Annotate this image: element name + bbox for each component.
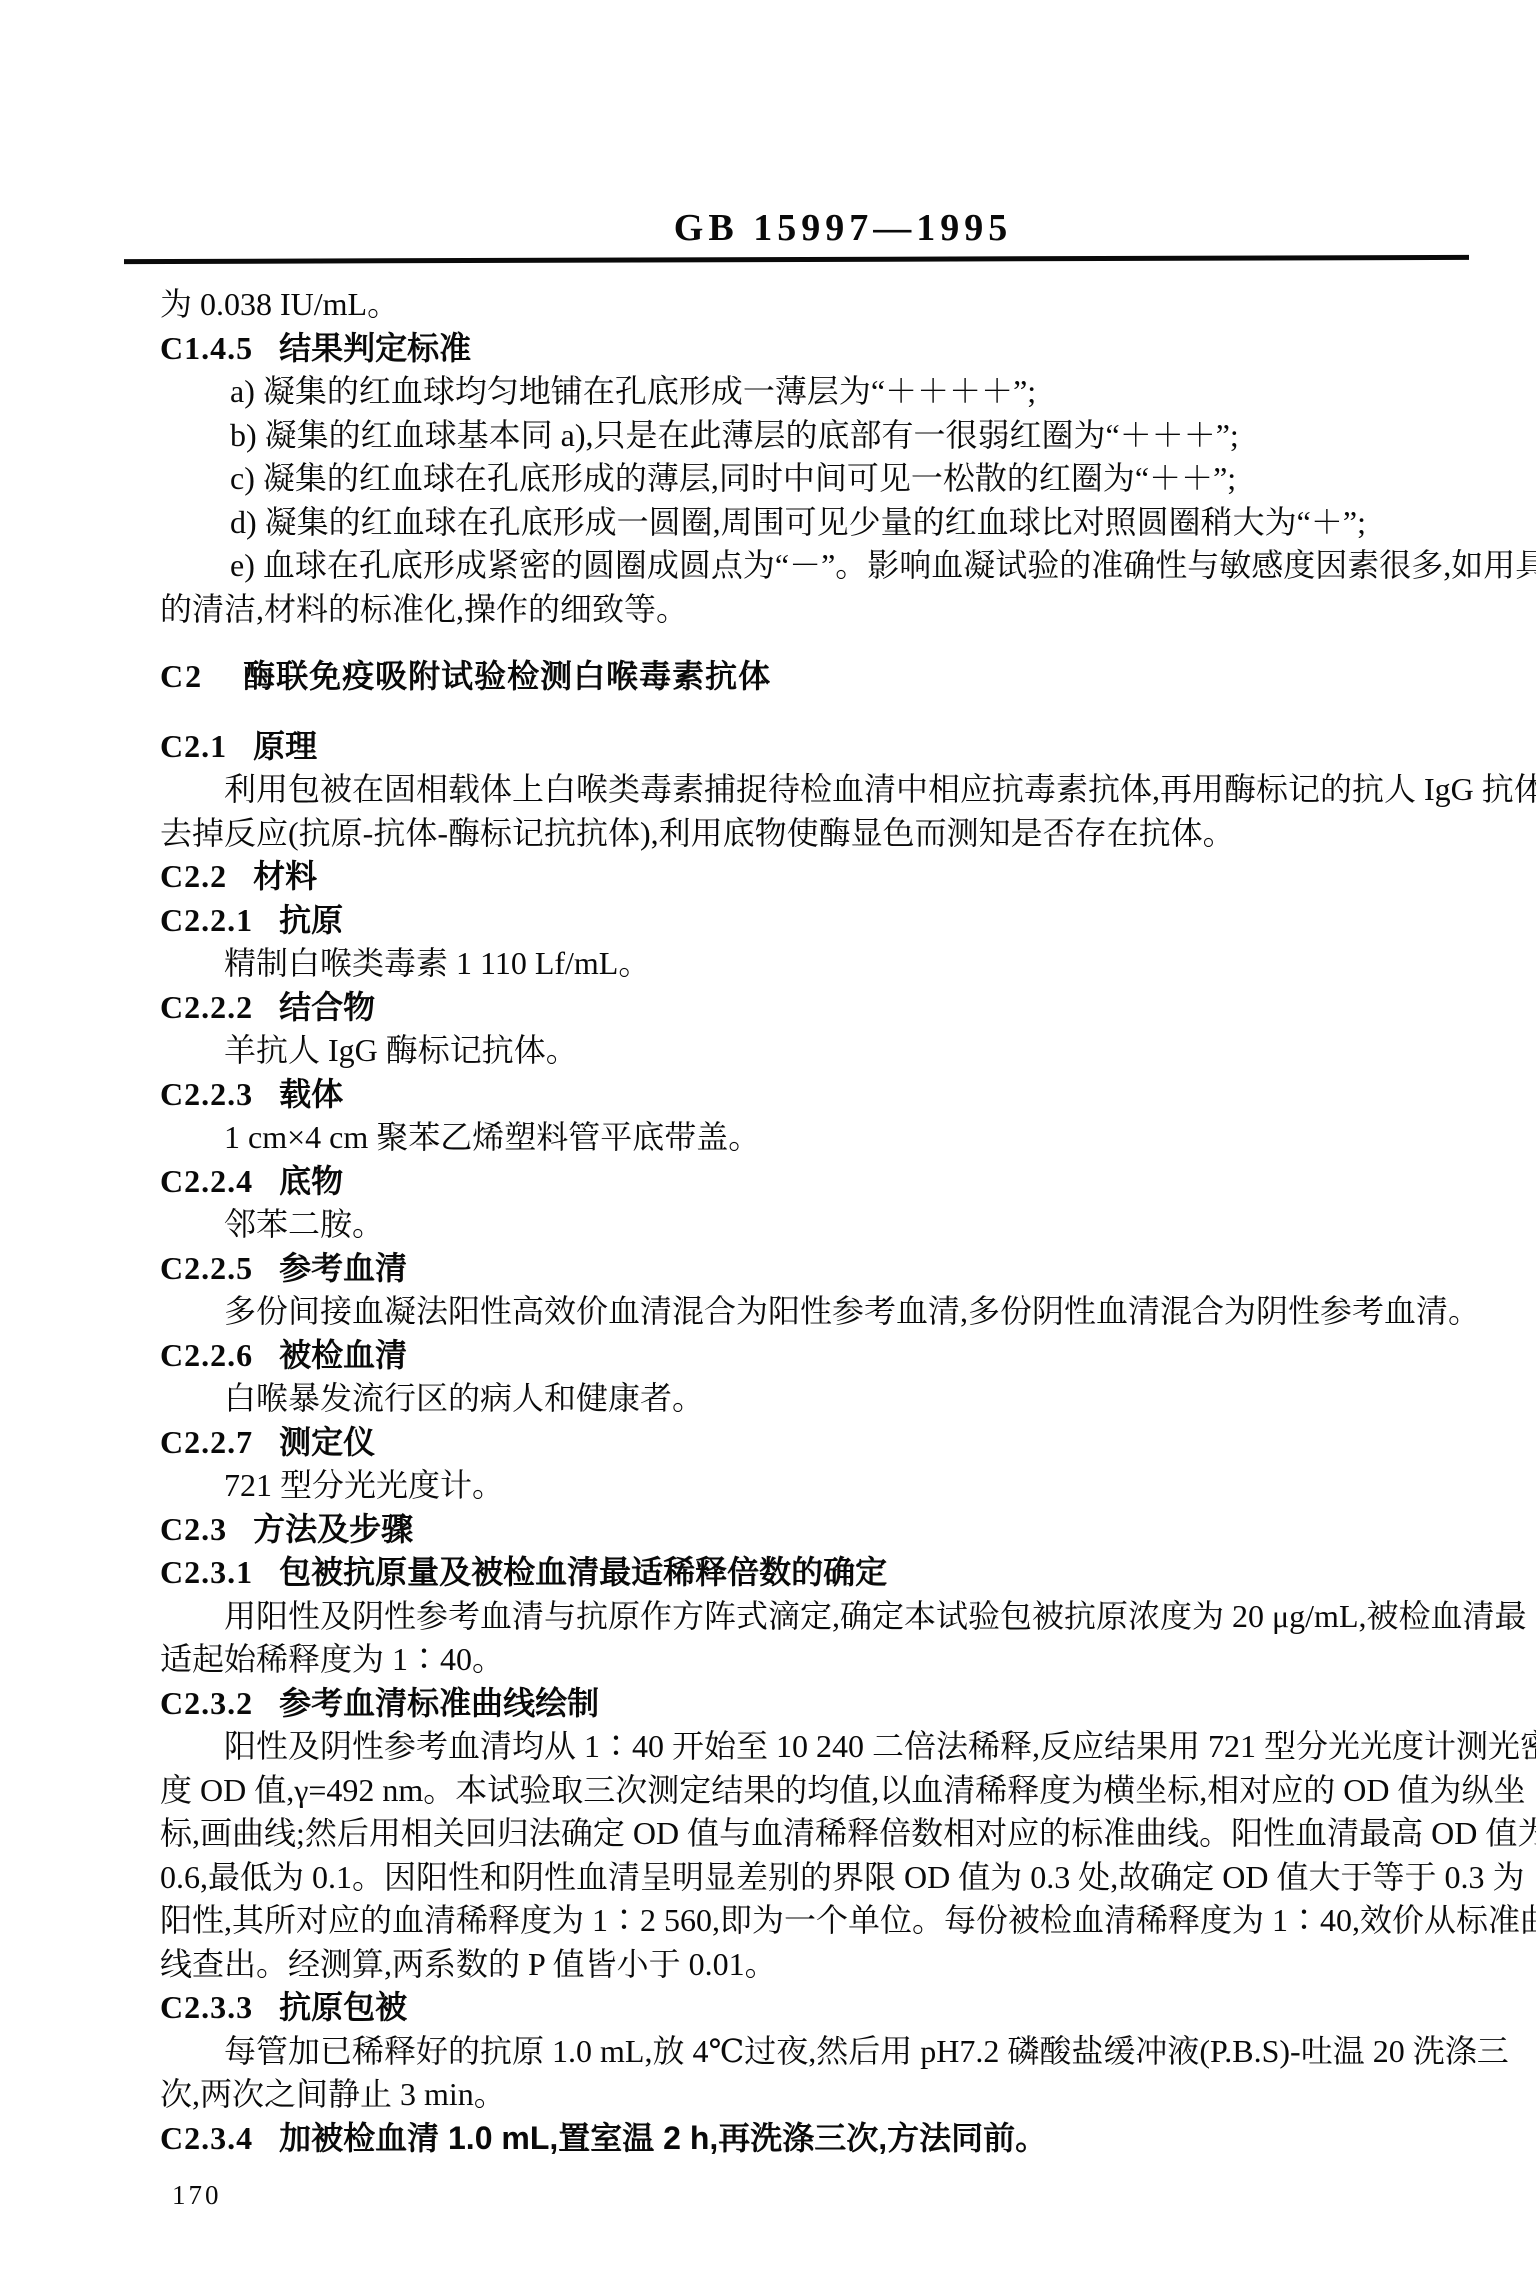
clause-heading: C2.2.3载体 <box>160 1073 1460 1117</box>
clause-number: C2.2.4 <box>160 1163 253 1199</box>
text-line: 阳性及阴性参考血清均从 1∶40 开始至 10 240 二倍法稀释,反应结果用 … <box>160 1725 1460 1769</box>
clause-title: 材料 <box>227 858 317 894</box>
clause-number: C2.3.2 <box>160 1685 253 1721</box>
page-number: 170 <box>172 2180 222 2211</box>
clause-title: 被检血清 <box>253 1337 407 1373</box>
text-line: 1 cm×4 cm 聚苯乙烯塑料管平底带盖。 <box>160 1116 1460 1160</box>
document-body: 为 0.038 IU/mL。C1.4.5结果判定标准a) 凝集的红血球均匀地铺在… <box>160 283 1460 2160</box>
text-line: d) 凝集的红血球在孔底形成一圆圈,周围可见少量的红血球比对照圆圈稍大为“＋”; <box>160 501 1460 545</box>
text-line: 每管加已稀释好的抗原 1.0 mL,放 4℃过夜,然后用 pH7.2 磷酸盐缓冲… <box>160 2030 1460 2074</box>
clause-title: 参考血清标准曲线绘制 <box>253 1685 599 1721</box>
clause-heading: C2.2材料 <box>160 855 1460 899</box>
clause-number: C2.2.7 <box>160 1424 253 1460</box>
clause-title: 参考血清 <box>253 1250 407 1286</box>
clause-heading: C2.2.6被检血清 <box>160 1334 1460 1378</box>
clause-number: C2.2.1 <box>160 902 253 938</box>
clause-heading: C2.3.3抗原包被 <box>160 1986 1460 2030</box>
clause-heading: C2.2.1抗原 <box>160 899 1460 943</box>
text-line: 羊抗人 IgG 酶标记抗体。 <box>160 1029 1460 1073</box>
text-line: a) 凝集的红血球均匀地铺在孔底形成一薄层为“＋＋＋＋”; <box>160 370 1460 414</box>
clause-heading: C2.3.2参考血清标准曲线绘制 <box>160 1682 1460 1726</box>
text-line: b) 凝集的红血球基本同 a),只是在此薄层的底部有一很弱红圈为“＋＋＋”; <box>160 414 1460 458</box>
text-line: 用阳性及阴性参考血清与抗原作方阵式滴定,确定本试验包被抗原浓度为 20 μg/m… <box>160 1595 1460 1639</box>
clause-title: 载体 <box>253 1076 343 1112</box>
text-line: 阳性,其所对应的血清稀释度为 1∶2 560,即为一个单位。每份被检血清稀释度为… <box>160 1899 1460 1943</box>
text-line: 标,画曲线;然后用相关回归法确定 OD 值与血清稀释倍数相对应的标准曲线。阳性血… <box>160 1812 1460 1856</box>
text-line: 次,两次之间静止 3 min。 <box>160 2073 1460 2117</box>
clause-heading: C2.3.1包被抗原量及被检血清最适稀释倍数的确定 <box>160 1551 1460 1595</box>
clause-title: 结合物 <box>253 989 375 1025</box>
text-line: e) 血球在孔底形成紧密的圆圈成圆点为“－”。影响血凝试验的准确性与敏感度因素很… <box>160 544 1460 588</box>
text-line: 精制白喉类毒素 1 110 Lf/mL。 <box>160 942 1460 986</box>
clause-number: C2.2.3 <box>160 1076 253 1112</box>
clause-number: C2.1 <box>160 728 227 764</box>
header-rule <box>124 255 1469 264</box>
clause-number: C2.2 <box>160 858 227 894</box>
text-line: 利用包被在固相载体上白喉类毒素捕捉待检血清中相应抗毒素抗体,再用酶标记的抗人 I… <box>160 768 1460 812</box>
clause-number: C2.2.6 <box>160 1337 253 1373</box>
text-line: 线查出。经测算,两系数的 P 值皆小于 0.01。 <box>160 1943 1460 1987</box>
text-line: 721 型分光光度计。 <box>160 1464 1460 1508</box>
section-title: C2酶联免疫吸附试验检测白喉毒素抗体 <box>160 655 1460 699</box>
text-line: 适起始稀释度为 1∶40。 <box>160 1638 1460 1682</box>
clause-title: 加被检血清 1.0 mL,置室温 2 h,再洗涤三次,方法同前。 <box>253 2120 1047 2156</box>
clause-title: 测定仪 <box>253 1424 375 1460</box>
clause-title: 底物 <box>253 1163 343 1199</box>
clause-title: 包被抗原量及被检血清最适稀释倍数的确定 <box>253 1554 887 1590</box>
text-line: 白喉暴发流行区的病人和健康者。 <box>160 1377 1460 1421</box>
text-line: c) 凝集的红血球在孔底形成的薄层,同时中间可见一松散的红圈为“＋＋”; <box>160 457 1460 501</box>
clause-number: C2 <box>160 658 203 694</box>
scanned-standard-page: GB 15997—1995 为 0.038 IU/mL。C1.4.5结果判定标准… <box>0 0 1536 2285</box>
text-line: 邻苯二胺。 <box>160 1203 1460 1247</box>
clause-number: C2.3 <box>160 1511 227 1547</box>
clause-heading: C2.1原理 <box>160 725 1460 769</box>
clause-title: 结果判定标准 <box>253 330 471 366</box>
clause-title: 抗原 <box>253 902 343 938</box>
clause-title: 原理 <box>227 728 317 764</box>
text-line: 多份间接血凝法阳性高效价血清混合为阳性参考血清,多份阴性血清混合为阴性参考血清。 <box>160 1290 1460 1334</box>
clause-heading: C2.2.7测定仪 <box>160 1421 1460 1465</box>
clause-heading: C2.3方法及步骤 <box>160 1508 1460 1552</box>
clause-number: C2.3.4 <box>160 2120 253 2156</box>
clause-number: C2.3.3 <box>160 1989 253 2025</box>
text-line: 的清洁,材料的标准化,操作的细致等。 <box>160 588 1460 632</box>
clause-number: C2.3.1 <box>160 1554 253 1590</box>
clause-heading: C2.2.2结合物 <box>160 986 1460 1030</box>
clause-number: C2.2.5 <box>160 1250 253 1286</box>
text-line: 度 OD 值,γ=492 nm。本试验取三次测定结果的均值,以血清稀释度为横坐标… <box>160 1769 1460 1813</box>
clause-title: 抗原包被 <box>253 1989 407 2025</box>
clause-number: C1.4.5 <box>160 330 253 366</box>
text-line: 为 0.038 IU/mL。 <box>160 283 1460 327</box>
clause-title: 酶联免疫吸附试验检测白喉毒素抗体 <box>203 658 771 694</box>
clause-title: 方法及步骤 <box>227 1511 413 1547</box>
clause-number: C2.2.2 <box>160 989 253 1025</box>
clause-heading: C2.2.5参考血清 <box>160 1247 1460 1291</box>
text-line: 0.6,最低为 0.1。因阳性和阴性血清呈明显差别的界限 OD 值为 0.3 处… <box>160 1856 1460 1900</box>
clause-heading: C2.2.4底物 <box>160 1160 1460 1204</box>
clause-heading: C1.4.5结果判定标准 <box>160 327 1460 371</box>
standard-number-header: GB 15997—1995 <box>75 206 1536 250</box>
text-line: 去掉反应(抗原-抗体-酶标记抗抗体),利用底物使酶显色而测知是否存在抗体。 <box>160 812 1460 856</box>
clause-heading: C2.3.4加被检血清 1.0 mL,置室温 2 h,再洗涤三次,方法同前。 <box>160 2117 1460 2161</box>
